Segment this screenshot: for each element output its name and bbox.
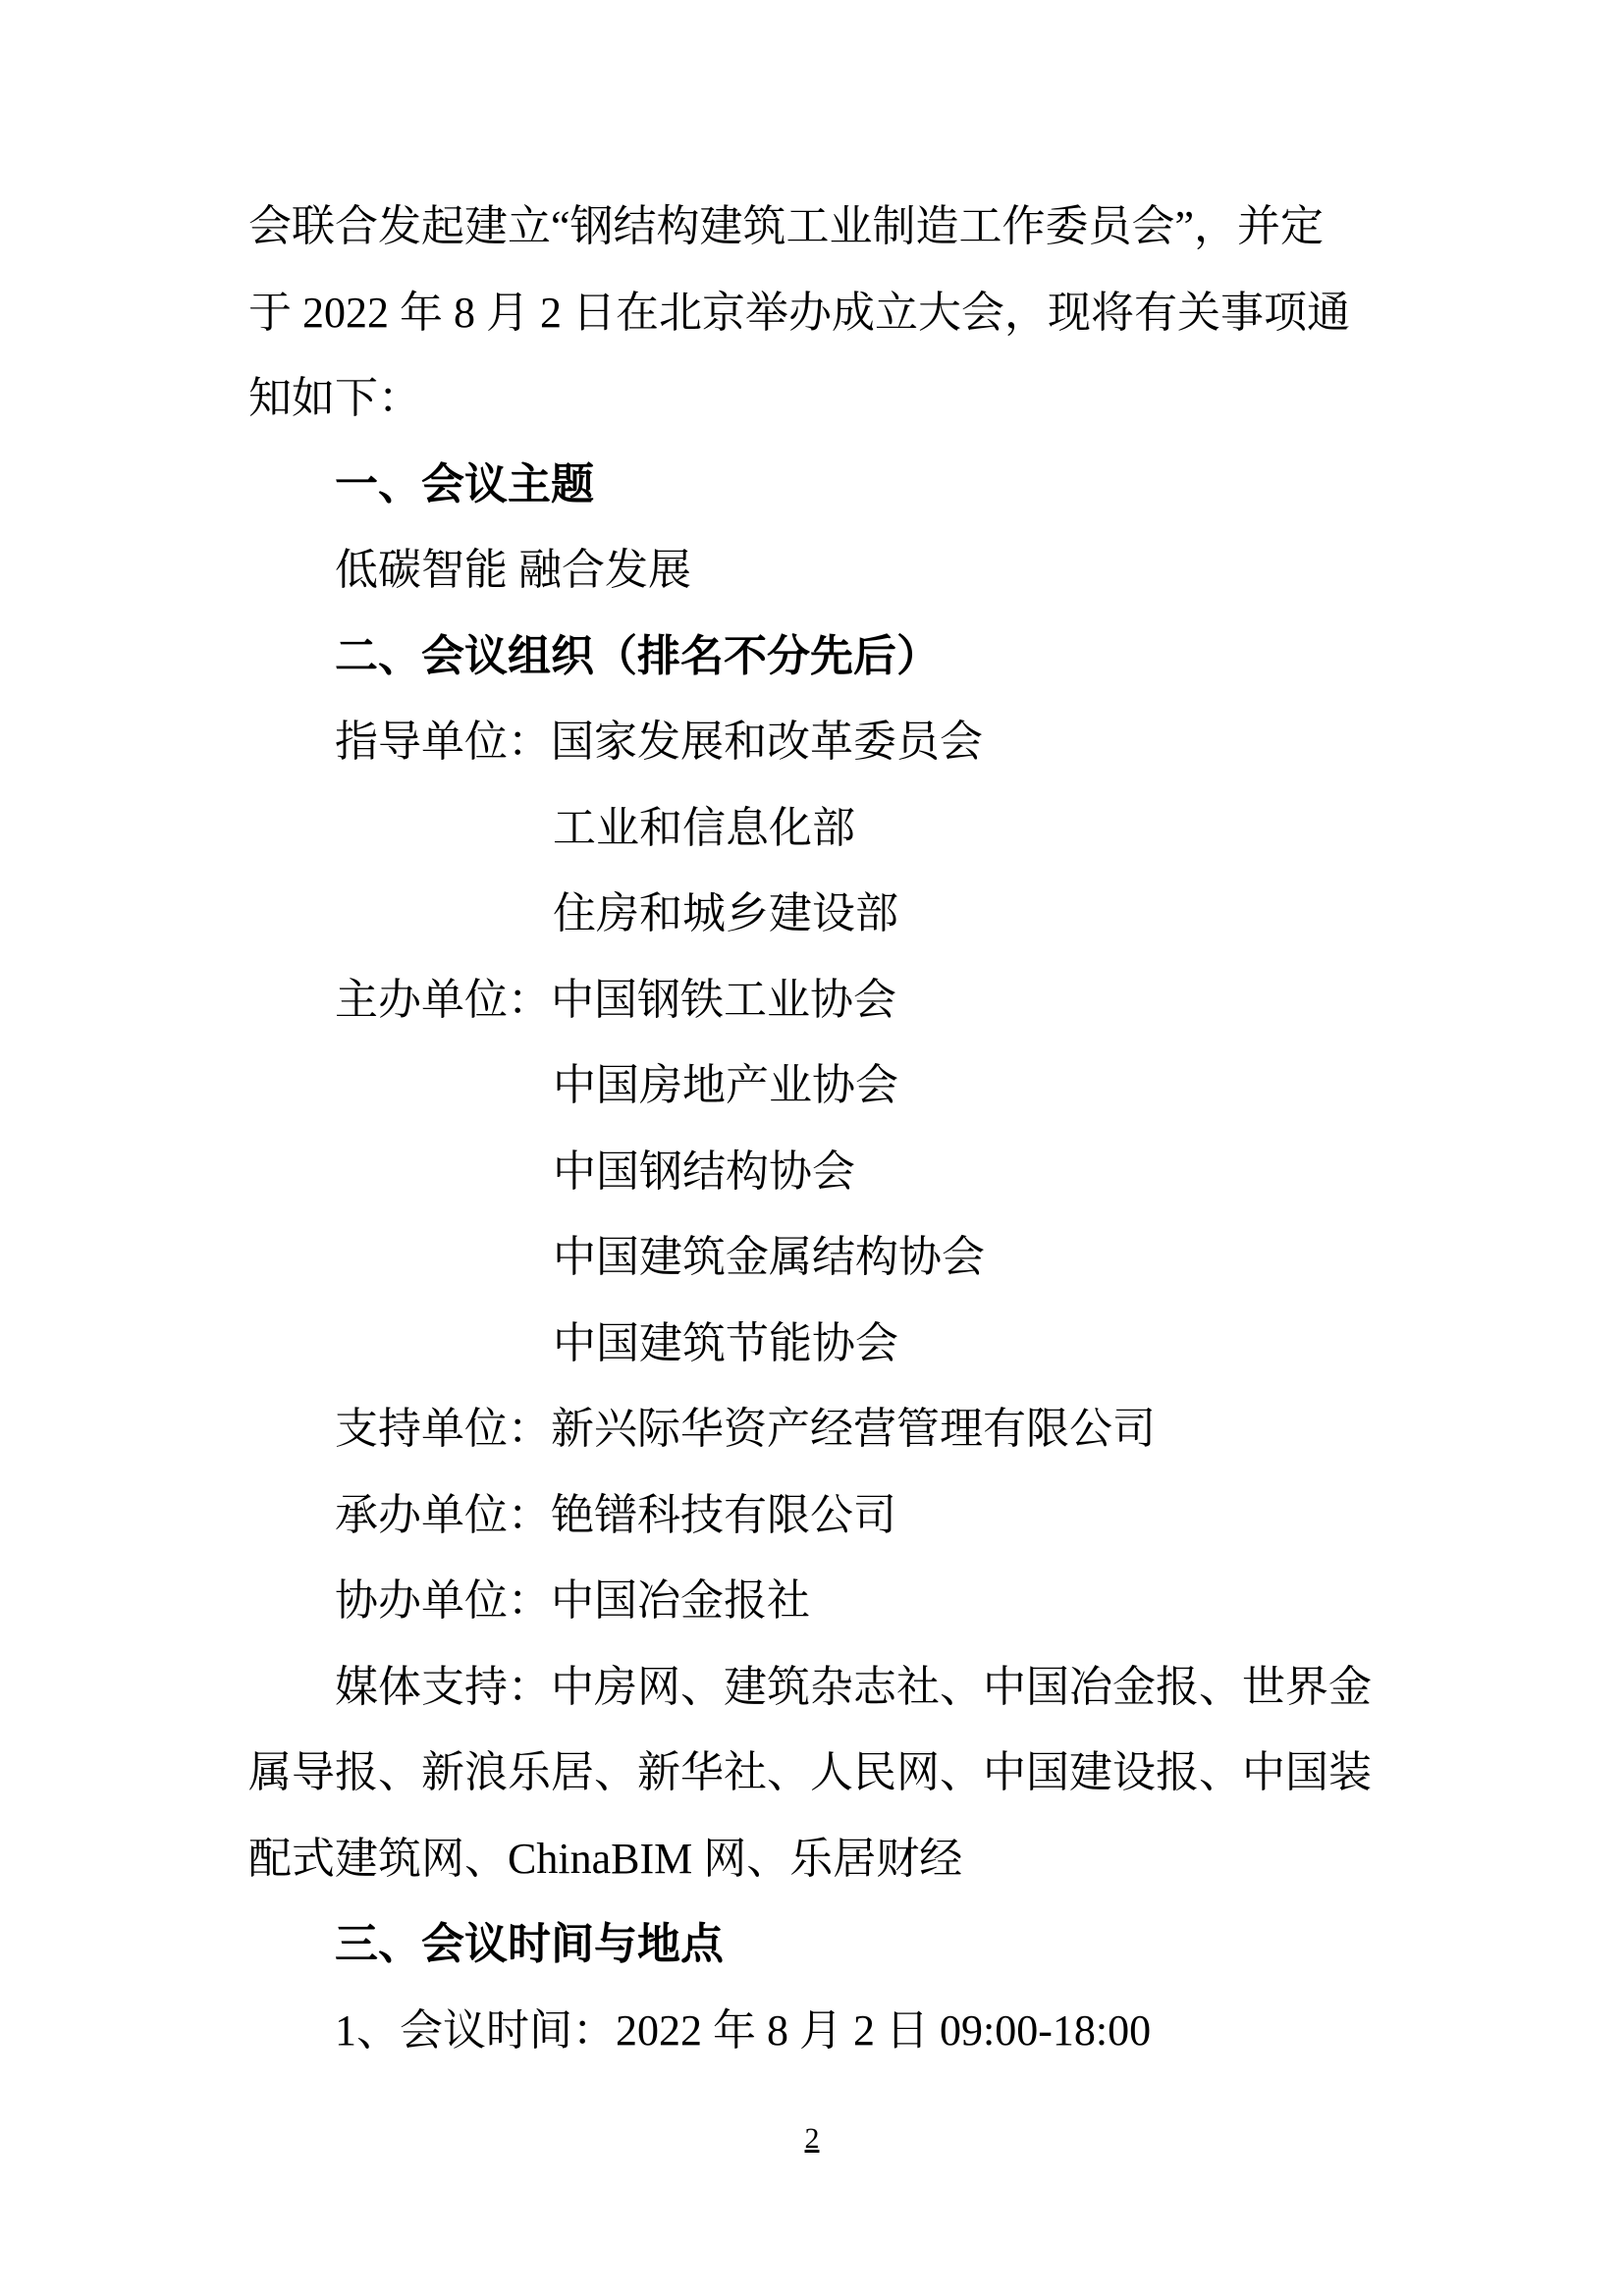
guidance-unit-line: 住房和城乡建设部 (248, 871, 1378, 957)
document-page: 会联合发起建立“钢结构建筑工业制造工作委员会”，并定 于 2022 年 8 月 … (0, 0, 1624, 2296)
meeting-time-line: 1、会议时间：2022 年 8 月 2 日 09:00-18:00 (248, 1988, 1378, 2074)
co-organizer-unit-line: 协办单位：中国冶金报社 (248, 1558, 1378, 1644)
section-heading-meeting-organization: 二、会议组织（排名不分先后） (248, 614, 1378, 700)
host-unit-line: 中国房地产业协会 (248, 1042, 1378, 1129)
guidance-unit-line: 工业和信息化部 (248, 785, 1378, 872)
intro-line: 知如下： (248, 355, 1378, 442)
host-unit-line: 中国钢结构协会 (248, 1129, 1378, 1215)
media-support-line: 配式建筑网、ChinaBIM 网、乐居财经 (248, 1816, 1378, 1902)
section-heading-time-place: 三、会议时间与地点 (248, 1901, 1378, 1988)
intro-line: 于 2022 年 8 月 2 日在北京举办成立大会，现将有关事项通 (248, 270, 1378, 356)
organizer-unit-line: 承办单位：铯镨科技有限公司 (248, 1472, 1378, 1559)
section-heading-meeting-theme: 一、会议主题 (248, 442, 1378, 528)
intro-line: 会联合发起建立“钢结构建筑工业制造工作委员会”，并定 (248, 184, 1378, 270)
host-unit-line: 主办单位：中国钢铁工业协会 (248, 957, 1378, 1043)
host-unit-line: 中国建筑节能协会 (248, 1301, 1378, 1387)
guidance-unit-line: 指导单位：国家发展和改革委员会 (248, 699, 1378, 785)
host-unit-line: 中国建筑金属结构协会 (248, 1214, 1378, 1301)
support-unit-line: 支持单位：新兴际华资产经营管理有限公司 (248, 1386, 1378, 1472)
media-support-line: 媒体支持：中房网、建筑杂志社、中国冶金报、世界金 (248, 1644, 1378, 1731)
meeting-theme-text: 低碳智能 融合发展 (248, 527, 1378, 614)
media-support-line: 属导报、新浪乐居、新华社、人民网、中国建设报、中国装 (248, 1730, 1378, 1816)
document-body: 会联合发起建立“钢结构建筑工业制造工作委员会”，并定 于 2022 年 8 月 … (248, 184, 1378, 2073)
page-number: 2 (0, 2120, 1624, 2158)
